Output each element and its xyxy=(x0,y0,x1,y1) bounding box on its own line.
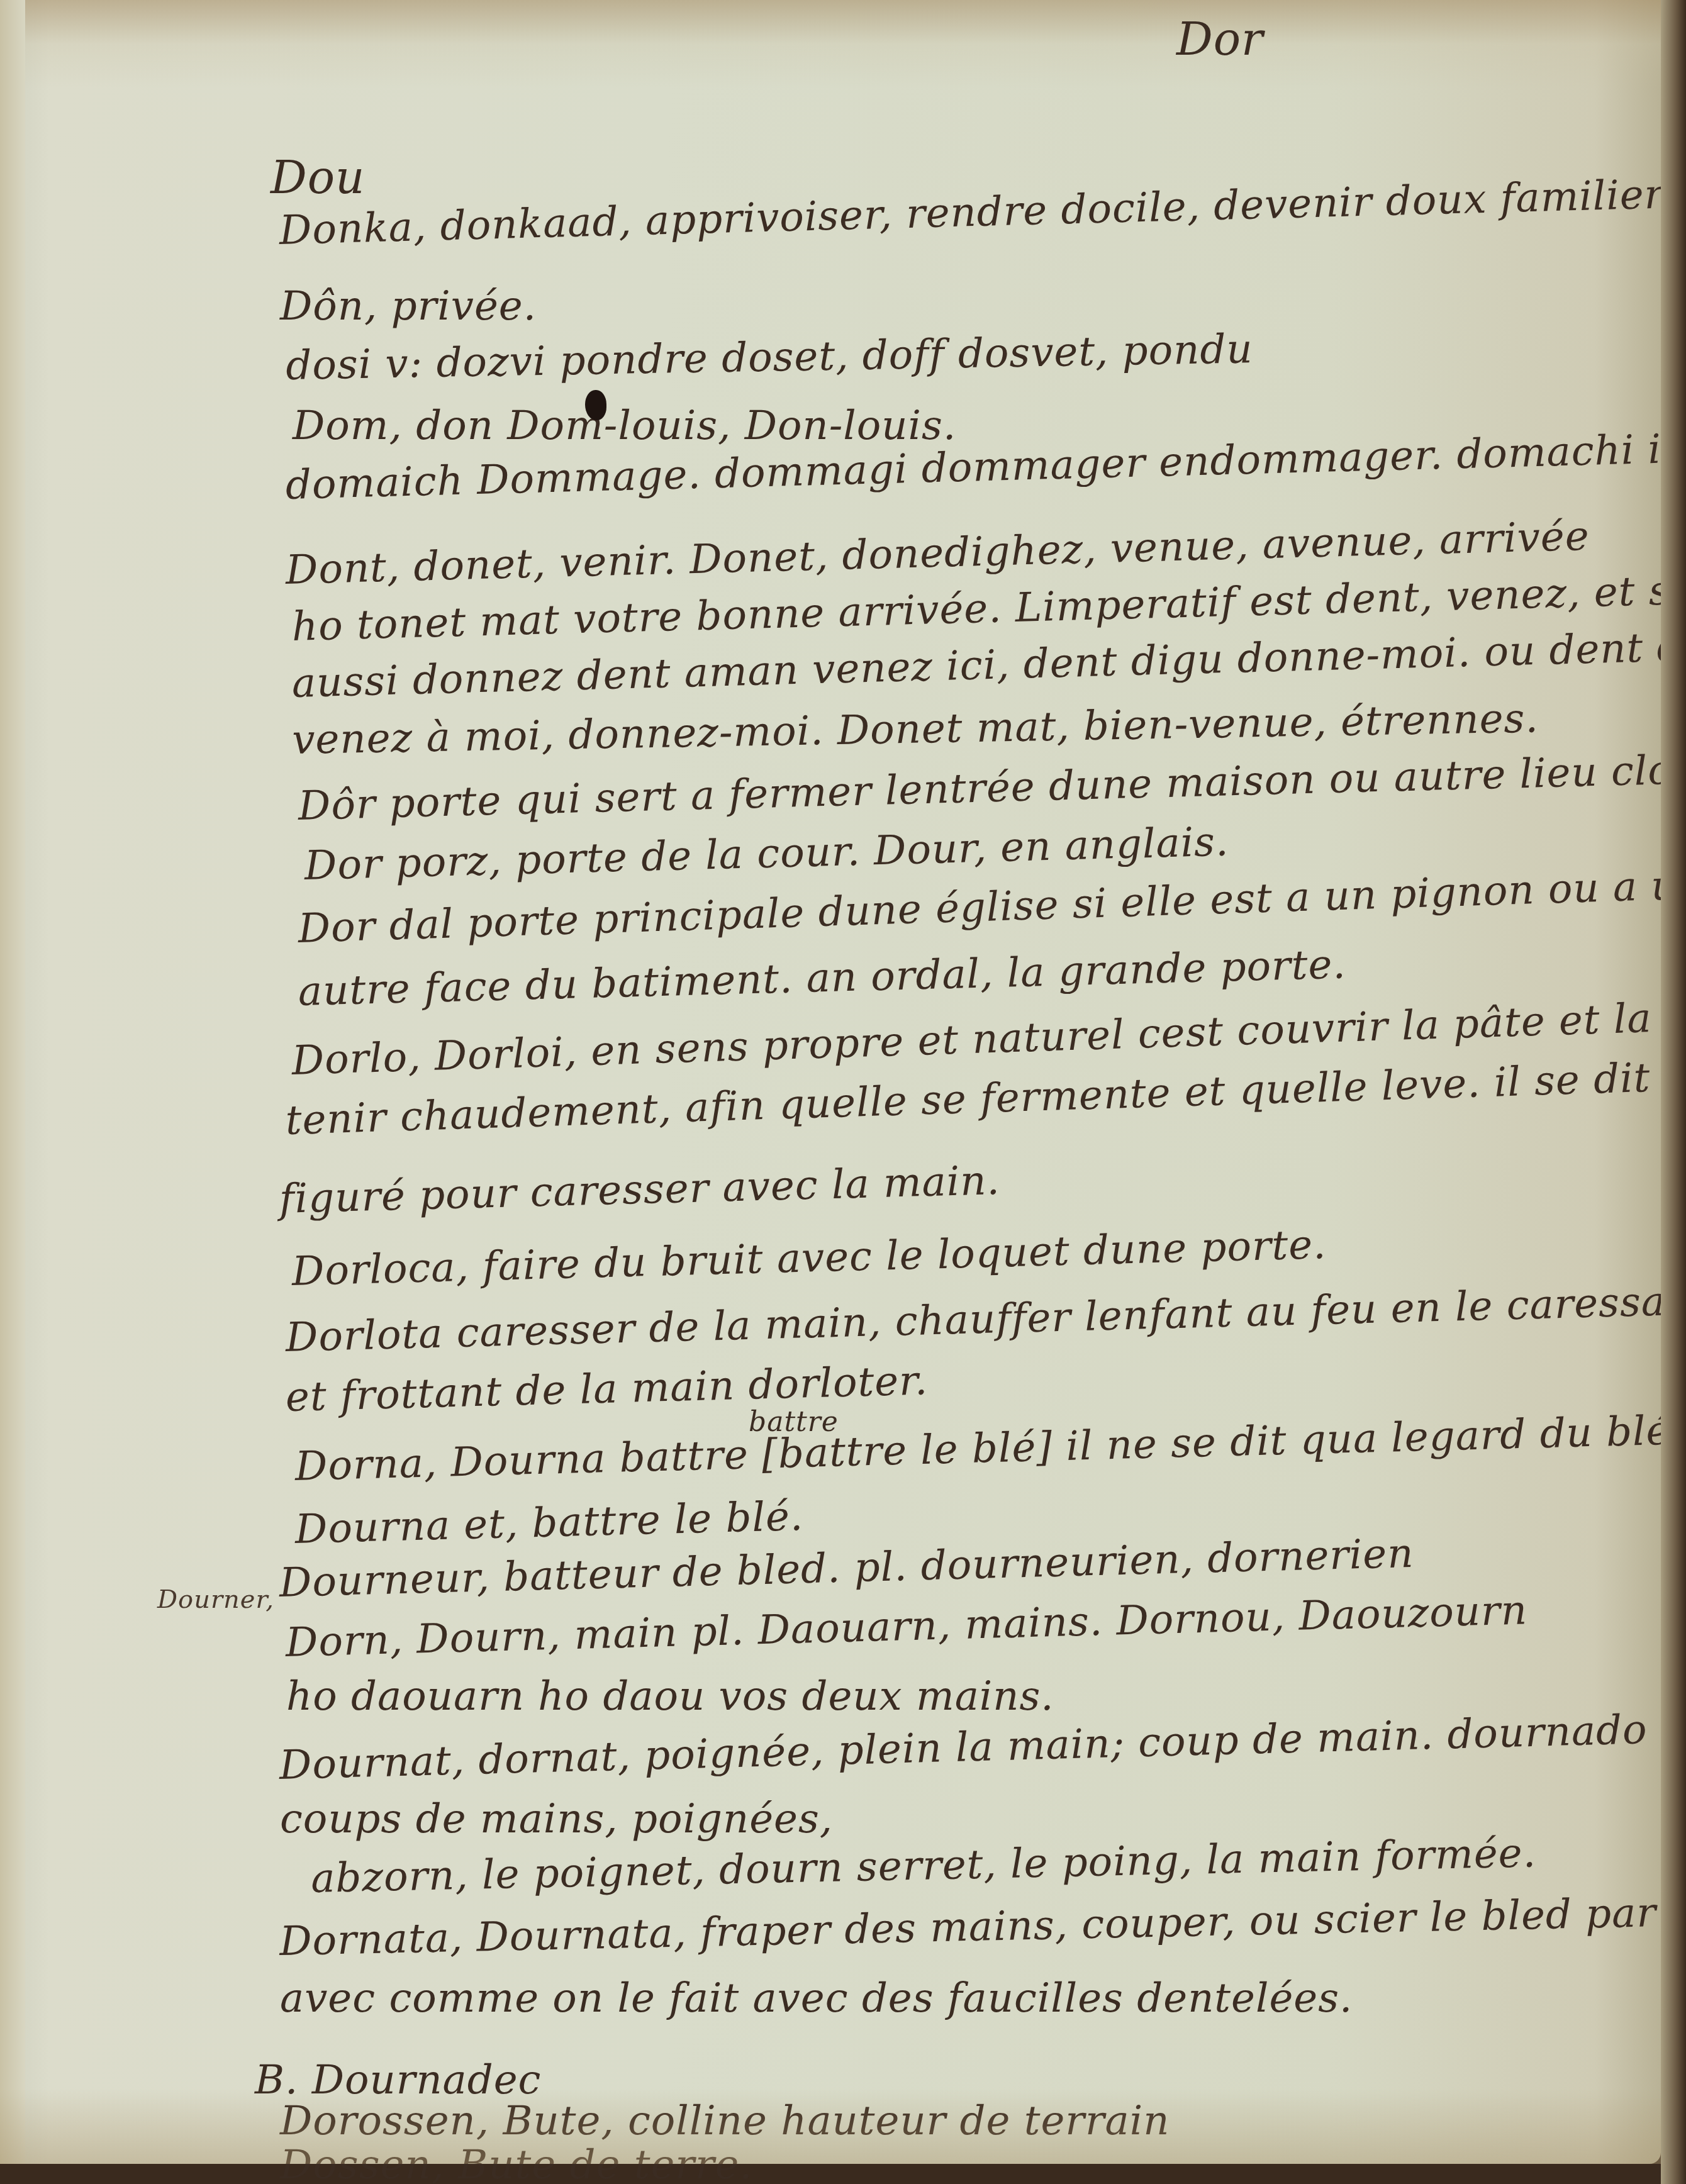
entry-line-3: dosi v: dozvi pondre doset, doff dosvet,… xyxy=(286,326,1253,389)
entry-line-16: figuré pour caresser avec la main. xyxy=(279,1157,1001,1223)
section-header-dou: Dou xyxy=(271,151,365,204)
entry-line-11: Dor porz, porte de la cour. Dour, en ang… xyxy=(304,819,1229,889)
entry-line-32: Dossen, Bute de terre. xyxy=(280,2142,753,2184)
entry-line-29: avec comme on le fait avec des faucilles… xyxy=(280,1975,1353,2022)
entry-line-17: Dorloca, faire du bruit avec le loquet d… xyxy=(291,1222,1327,1295)
entry-line-26: coups de mains, poignées, xyxy=(280,1796,833,1842)
entry-line-13: autre face du batiment. an ordal, la gra… xyxy=(298,941,1346,1015)
entry-line-20: Dorna, Dourna battre [battre le blé] il … xyxy=(294,1407,1685,1490)
margin-note-dourner: Dourner, xyxy=(157,1585,274,1614)
entry-line-9: venez à moi, donnez-moi. Donet mat, bien… xyxy=(292,695,1539,764)
entry-line-2: Dôn, privée. xyxy=(280,283,537,330)
book-binding-edge xyxy=(1661,0,1686,2184)
entry-line-4: Dom, don Dom-louis, Don-louis. xyxy=(293,403,956,449)
entry-line-24: ho daouarn ho daou vos deux mains. xyxy=(286,1673,1054,1720)
entry-line-1: Donka, donkaad, apprivoiser, rendre doci… xyxy=(279,167,1686,254)
entry-line-30: B. Dournadec xyxy=(255,2057,541,2103)
entry-line-31: Dorossen, Bute, colline hauteur de terra… xyxy=(280,2098,1170,2144)
section-header-dor: Dor xyxy=(1176,13,1264,65)
manuscript-page: Dou Dor Donka, donkaad, apprivoiser, ren… xyxy=(0,0,1661,2164)
ink-blot xyxy=(585,390,606,420)
entry-line-18: Dorlota caresser de la main, chauffer le… xyxy=(285,1278,1686,1361)
page-left-edge xyxy=(0,0,25,2164)
entry-line-21: Dourna et, battre le blé. xyxy=(294,1493,804,1553)
